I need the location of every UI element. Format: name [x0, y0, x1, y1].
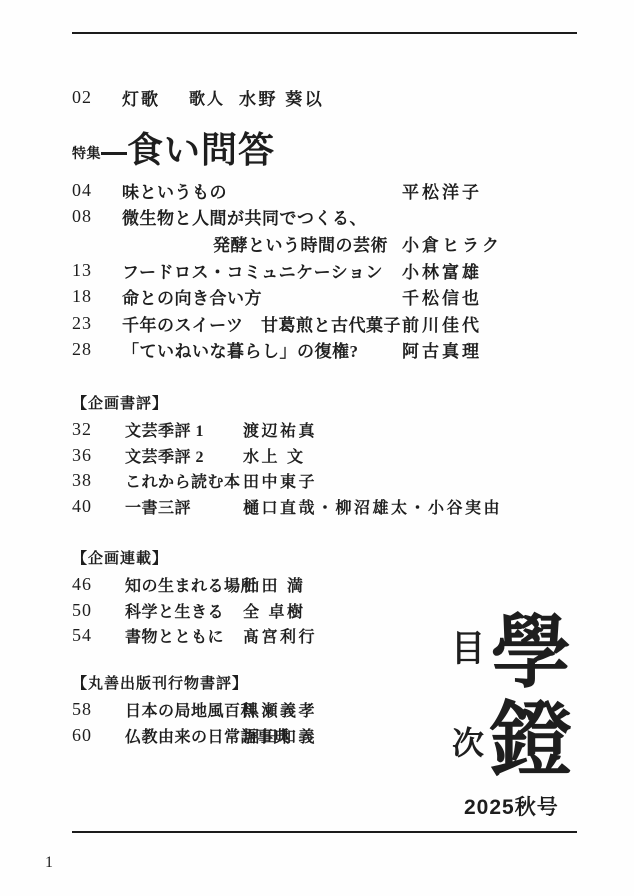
entry-author: 髙宮利行 [243, 624, 317, 647]
entry-author: 阿古真理 [402, 337, 482, 362]
entry-page-number: 58 [72, 699, 125, 720]
entry-title: 日本の局地風百科 [125, 698, 243, 721]
entry-title: 命との向き合い方 [122, 284, 402, 309]
entry-title: 科学と生きる [125, 599, 243, 622]
entry-author: 前川佳代 [402, 311, 482, 336]
magazine-title-top-char: 學 [486, 614, 576, 694]
entry-page-number: 60 [72, 725, 125, 746]
entry-page-number: 32 [72, 419, 125, 440]
table-row: 38 これから読む本 田中東子 [72, 468, 577, 494]
table-row: 46 知の生まれる場所 仙田 満 [72, 572, 577, 598]
entry-author: 全 卓樹 [243, 599, 305, 622]
table-row: 28 「ていねいな暮らし」の復権? 阿古真理 [72, 337, 577, 364]
table-row: 18 命との向き合い方 千松信也 [72, 283, 577, 310]
feature-heading: 特集 食い問答 [72, 126, 275, 170]
entry-page-number: 02 [72, 87, 122, 108]
entry-title: 一書三評 [125, 495, 243, 518]
entry-title: 微生物と人間が共同でつくる、 [122, 204, 402, 229]
entry-title: 知の生まれる場所 [125, 573, 243, 596]
entry-page-number: 13 [72, 260, 122, 281]
bottom-rule [72, 831, 577, 833]
entry-title: 灯歌 [122, 85, 189, 110]
entry-page-number: 08 [72, 206, 122, 227]
entry-author: 田中東子 [243, 469, 317, 492]
entry-title: 味というもの [122, 178, 402, 203]
entry-role: 歌人 [189, 86, 239, 109]
section-heading: 【企画連載】 [72, 550, 577, 567]
entry-page-number: 28 [72, 339, 122, 360]
section-kikaku-shohyo: 【企画書評】 32 文芸季評 1 渡辺祐真 36 文芸季評 2 水上 文 38 … [72, 395, 577, 519]
entry-author: 堀田和義 [243, 724, 317, 747]
entry-author: 小林富雄 [402, 258, 482, 283]
entry-page-number: 36 [72, 445, 125, 466]
entry-title: フードロス・コミュニケーション [122, 258, 402, 283]
section-heading: 【企画書評】 [72, 395, 577, 412]
entry-title: 文芸季評 1 [125, 418, 243, 441]
top-rule [72, 32, 577, 34]
feature-title: 食い問答 [127, 130, 275, 170]
feature-label: 特集 [72, 143, 101, 163]
entry-title: 書物とともに [125, 624, 243, 647]
entry-author: 樋口直哉・柳沼雄太・小谷実由 [243, 495, 502, 518]
entry-page-number: 23 [72, 313, 122, 334]
table-row: 32 文芸季評 1 渡辺祐真 [72, 417, 577, 443]
table-row: 04 味というもの 平松洋子 [72, 177, 577, 204]
entry-author: 渡辺祐真 [243, 418, 317, 441]
table-row: 08 微生物と人間が共同でつくる、 [72, 204, 577, 231]
entry-title-continued: 発酵という時間の芸術 [122, 231, 402, 256]
table-row: 23 千年のスイーツ 甘葛煎と古代菓子 前川佳代 [72, 310, 577, 337]
table-row: 発酵という時間の芸術 小倉ヒラク [72, 230, 577, 257]
magazine-title-bottom-char: 鐙 [486, 700, 576, 782]
toc-entry-opening: 02 灯歌 歌人 水野 葵以 [72, 86, 577, 108]
entry-page-number: 04 [72, 180, 122, 201]
issue-label: 2025秋号 [464, 791, 559, 821]
entry-author: 水野 葵以 [239, 85, 324, 110]
entry-author: 仙田 満 [243, 573, 305, 596]
entry-page-number: 54 [72, 625, 125, 646]
table-row: 40 一書三評 樋口直哉・柳沼雄太・小谷実由 [72, 494, 577, 520]
table-row: 36 文芸季評 2 水上 文 [72, 443, 577, 469]
feature-entry-list: 04 味というもの 平松洋子 08 微生物と人間が共同でつくる、 発酵という時間… [72, 177, 577, 363]
toc-label-bottom-char: 次 [450, 727, 486, 759]
toc-page: 02 灯歌 歌人 水野 葵以 特集 食い問答 04 味というもの 平松洋子 08… [0, 0, 634, 896]
entry-title: 仏教由来の日常語事典 [125, 724, 243, 747]
entry-title: 「ていねいな暮らし」の復権? [122, 337, 402, 362]
entry-author: 黒瀬義孝 [243, 698, 317, 721]
entry-page-number: 18 [72, 286, 122, 307]
entry-page-number: 40 [72, 496, 125, 517]
entry-author: 千松信也 [402, 284, 482, 309]
folio-page-number: 1 [45, 854, 53, 872]
table-row: 13 フードロス・コミュニケーション 小林富雄 [72, 257, 577, 284]
feature-dash-rule [101, 152, 127, 155]
entry-page-number: 46 [72, 574, 125, 595]
entry-author: 水上 文 [243, 444, 305, 467]
entry-title: 文芸季評 2 [125, 444, 243, 467]
entry-title: これから読む本 [125, 469, 243, 492]
entry-page-number: 38 [72, 470, 125, 491]
entry-title: 千年のスイーツ 甘葛煎と古代菓子 [122, 311, 402, 336]
entry-author: 小倉ヒラク [402, 231, 502, 256]
toc-label-top-char: 目 [450, 632, 486, 668]
entry-page-number: 50 [72, 600, 125, 621]
entry-author: 平松洋子 [402, 178, 482, 203]
